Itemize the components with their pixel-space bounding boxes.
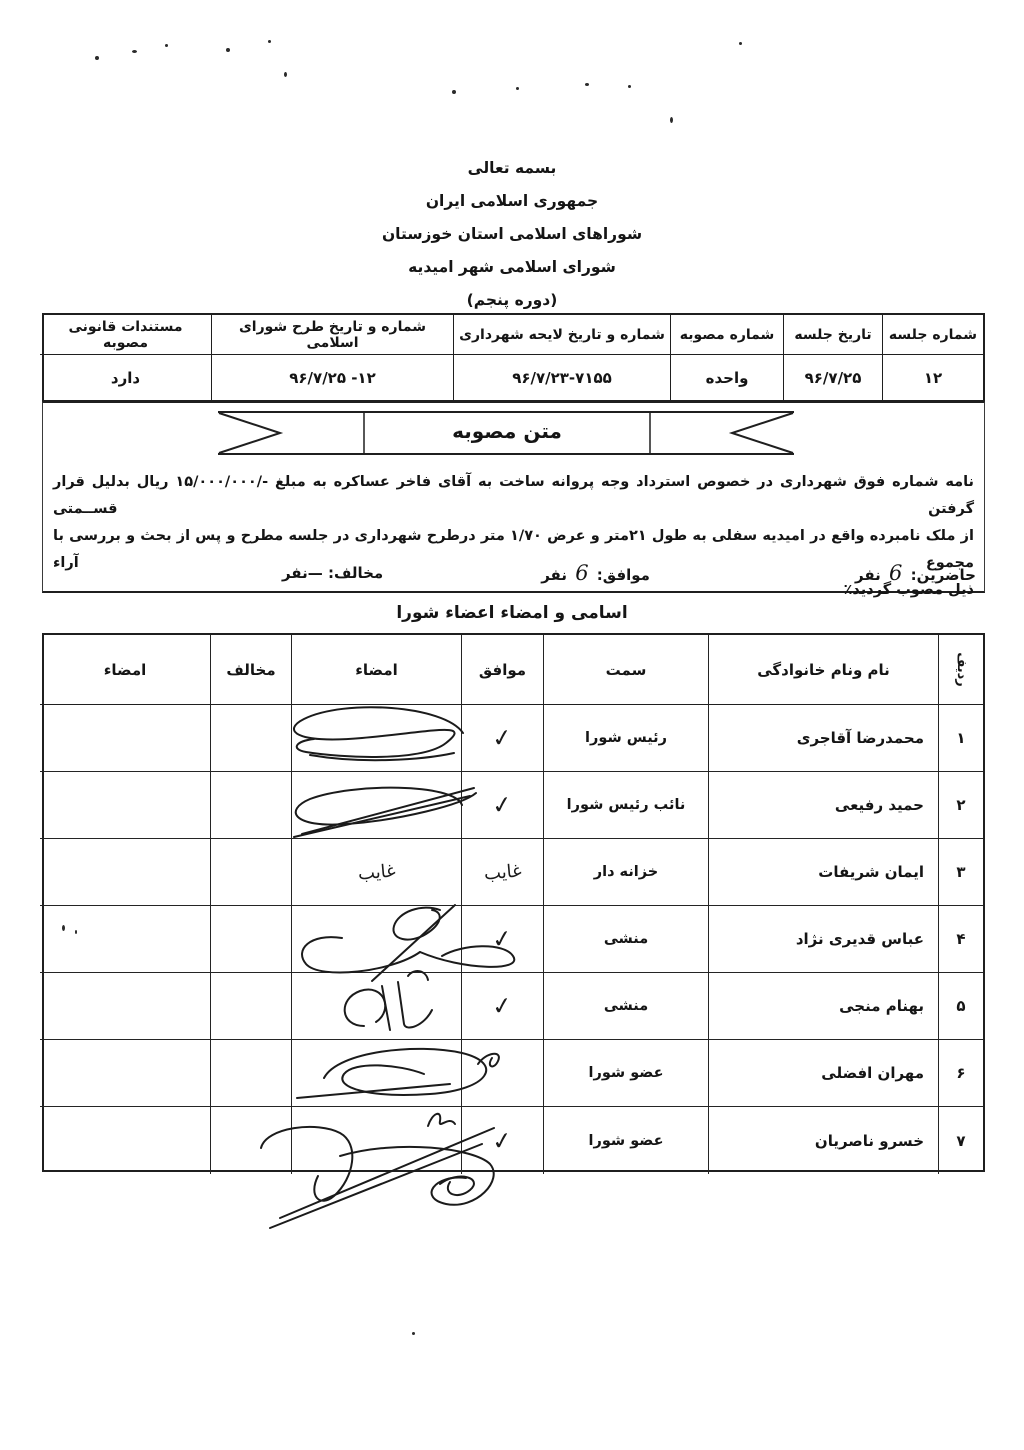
agree-cell: غایب <box>461 839 543 906</box>
member-name: مهران افضلی <box>708 1040 938 1107</box>
attendance-row: حاضرین: 6 نفر موافق: 6 نفر مخالف: —نفر <box>51 561 976 585</box>
bill-no-date-value: ۹۶/۷/۲۳-۷۱۵۵ <box>453 355 670 400</box>
signature-cell <box>291 772 461 839</box>
check-mark: ✓ <box>491 723 515 754</box>
oppose-value: —نفر <box>282 564 323 582</box>
member-name: بهنام منجی <box>708 973 938 1040</box>
agree-cell <box>461 1040 543 1107</box>
member-name: خسرو ناصریان <box>708 1107 938 1174</box>
check-mark: ✓ <box>491 991 515 1022</box>
agree-item: موافق: 6 نفر <box>541 561 650 585</box>
agree-cell: ✓ <box>461 1107 543 1174</box>
oppose-cell <box>210 1040 291 1107</box>
header-oppose: مخالف <box>210 635 291 705</box>
oppose-label: مخالف: <box>328 564 383 582</box>
resolution-line-1: نامه شماره فوق شهرداری در خصوص استرداد و… <box>53 469 974 523</box>
signature-cell <box>291 973 461 1040</box>
oppose-cell <box>210 772 291 839</box>
col-header-session-date: تاریخ جلسه <box>783 315 882 355</box>
scan-speck <box>284 72 287 77</box>
header-agree: موافق <box>461 635 543 705</box>
oppose-cell <box>210 1107 291 1174</box>
agree-cell: ✓ <box>461 906 543 973</box>
check-mark: ✓ <box>491 924 515 955</box>
agree-cell: ✓ <box>461 973 543 1040</box>
members-table-title: اسامی و امضاء اعضاء شورا <box>0 603 1024 623</box>
row-no: ۷ <box>938 1107 983 1174</box>
signature-cell-2 <box>40 705 210 772</box>
scan-speck <box>516 87 519 90</box>
row-no: ۳ <box>938 839 983 906</box>
signature-cell-2 <box>40 772 210 839</box>
member-position: خزانه دار <box>543 839 708 906</box>
bismillah-line: بسمه تعالی <box>0 152 1024 185</box>
province-council-line: شوراهای اسلامی استان خوزستان <box>0 218 1024 251</box>
header-signature: امضاء <box>291 635 461 705</box>
scan-speck <box>226 48 230 52</box>
resolution-section: متن مصوبه نامه شماره فوق شهرداری در خصوص… <box>42 401 985 593</box>
scan-speck <box>268 40 271 43</box>
present-count-handwritten: 6 <box>886 561 905 585</box>
session-no-value: ۱۲ <box>882 355 983 400</box>
present-item: حاضرین: 6 نفر <box>855 561 976 585</box>
city-council-line: شورای اسلامی شهر امیدیه <box>0 251 1024 284</box>
member-name: حمید رفیعی <box>708 772 938 839</box>
col-header-resolution-no: شماره مصوبه <box>670 315 783 355</box>
signature-cell-2 <box>40 1107 210 1174</box>
scan-speck <box>585 83 589 86</box>
signature-cell <box>291 1040 461 1107</box>
col-header-plan-no-date: شماره و تاریخ طرح شورای اسلامی <box>211 315 453 355</box>
scan-speck <box>628 85 631 88</box>
agree-cell: ✓ <box>461 772 543 839</box>
country-line: جمهوری اسلامی ایران <box>0 185 1024 218</box>
header-row-no: ردیف <box>938 635 983 705</box>
check-mark: ✓ <box>491 790 515 821</box>
members-table-wrap: ردیف نام ونام خانوادگی سمت موافق امضاء م… <box>42 633 985 1172</box>
oppose-cell <box>210 705 291 772</box>
check-mark: ✓ <box>491 1125 515 1156</box>
header-position: سمت <box>543 635 708 705</box>
member-name: عباس قدیری نژاد <box>708 906 938 973</box>
members-table: ردیف نام ونام خانوادگی سمت موافق امضاء م… <box>42 633 985 1172</box>
signature-cell-2 <box>40 973 210 1040</box>
session-info-table: شماره جلسه تاریخ جلسه شماره مصوبه شماره … <box>42 313 985 402</box>
scan-speck <box>670 117 673 123</box>
col-header-session-no: شماره جلسه <box>882 315 983 355</box>
signature-cell: غایب <box>291 839 461 906</box>
scan-speck <box>165 44 168 47</box>
signature-cell <box>291 906 461 973</box>
session-date-value: ۹۶/۷/۲۵ <box>783 355 882 400</box>
absent-note: غایب <box>357 860 396 884</box>
agree-label: موافق: <box>597 566 650 584</box>
scan-speck <box>132 50 137 53</box>
header-signature-2: امضاء <box>40 635 210 705</box>
oppose-cell <box>210 973 291 1040</box>
row-no: ۱ <box>938 705 983 772</box>
agree-unit: نفر <box>541 566 567 584</box>
signature-cell-2 <box>40 1040 210 1107</box>
member-position: رئیس شورا <box>543 705 708 772</box>
oppose-cell <box>210 839 291 906</box>
member-position: عضو شورا <box>543 1040 708 1107</box>
scan-speck <box>412 1332 415 1335</box>
col-header-bill-no-date: شماره و تاریخ لایحه شهرداری <box>453 315 670 355</box>
member-position: منشی <box>543 906 708 973</box>
signature-cell-2 <box>40 906 210 973</box>
plan-no-date-value: ۹۶/۷/۲۵ -۱۲ <box>211 355 453 400</box>
present-unit: نفر <box>855 566 881 584</box>
agree-cell: ✓ <box>461 705 543 772</box>
header-name: نام ونام خانوادگی <box>708 635 938 705</box>
resolution-no-value: واحده <box>670 355 783 400</box>
signature-cell <box>291 705 461 772</box>
row-no: ۲ <box>938 772 983 839</box>
signature-cell-2 <box>40 839 210 906</box>
member-position: نائب رئیس شورا <box>543 772 708 839</box>
col-header-legal-docs: مستندات قانونی مصوبه <box>40 315 211 355</box>
row-no: ۶ <box>938 1040 983 1107</box>
legal-docs-value: دارد <box>40 355 211 400</box>
member-name: ایمان شریفات <box>708 839 938 906</box>
agree-count-handwritten: 6 <box>572 561 591 585</box>
letterhead: بسمه تعالی جمهوری اسلامی ایران شوراهای ا… <box>0 152 1024 317</box>
absent-note: غایب <box>483 860 522 884</box>
row-no: ۵ <box>938 973 983 1040</box>
scan-speck <box>95 56 99 60</box>
scan-speck <box>739 42 742 45</box>
resolution-banner: متن مصوبه <box>216 409 796 457</box>
resolution-banner-title: متن مصوبه <box>364 419 650 443</box>
scan-speck <box>452 90 456 94</box>
row-no: ۴ <box>938 906 983 973</box>
member-name: محمدرضا آقاجری <box>708 705 938 772</box>
present-label: حاضرین: <box>911 566 976 584</box>
signature-cell <box>291 1107 461 1174</box>
member-position: عضو شورا <box>543 1107 708 1174</box>
oppose-item: مخالف: —نفر <box>282 564 383 582</box>
oppose-cell <box>210 906 291 973</box>
member-position: منشی <box>543 973 708 1040</box>
